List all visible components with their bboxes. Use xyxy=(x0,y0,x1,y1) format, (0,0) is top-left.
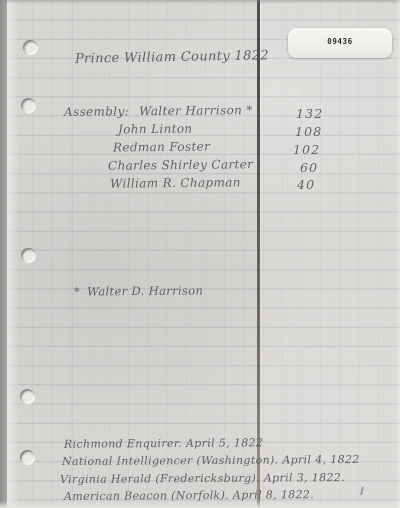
candidate-name: Charles Shirley Carter xyxy=(108,157,253,173)
vote-count: 102 xyxy=(293,142,320,157)
punch-hole xyxy=(21,98,36,113)
footnote-asterisk: * xyxy=(74,285,80,299)
candidate-name: John Linton xyxy=(118,122,193,137)
source-citation: National Intelligencer (Washington). Apr… xyxy=(62,453,360,468)
assembly-heading: Assembly: xyxy=(64,104,129,119)
margin-rule xyxy=(72,0,73,508)
archive-label-number: 09436 xyxy=(327,37,353,46)
source-citation: American Beacon (Norfolk). April 8, 1822… xyxy=(64,488,314,503)
punch-hole xyxy=(23,40,38,55)
source-citation: Richmond Enquirer. April 5, 1822 xyxy=(64,436,263,450)
footnote-text: Walter D. Harrison xyxy=(87,283,203,298)
punch-hole xyxy=(21,248,36,263)
vote-count: 60 xyxy=(300,160,318,175)
footnote: *Walter D. Harrison xyxy=(74,283,203,298)
archive-label-sticker: 09436 xyxy=(288,28,392,58)
vote-count: 40 xyxy=(297,177,315,192)
source-citation: Virginia Herald (Fredericksburg). April … xyxy=(60,471,345,486)
paper-edge-left xyxy=(7,0,19,508)
page-title: Prince William County 1822 xyxy=(75,48,269,66)
scan-edge-left xyxy=(0,0,7,508)
vote-count: 132 xyxy=(296,106,323,121)
punch-hole xyxy=(20,450,35,465)
page-crease xyxy=(257,0,260,508)
punch-hole xyxy=(20,389,35,404)
candidate-name: Redman Foster xyxy=(113,139,210,154)
candidate-name: Walter Harrison * xyxy=(139,103,253,118)
page-right-shading xyxy=(261,0,400,508)
scanned-document-page: 09436 Prince William County 1822 Assembl… xyxy=(0,0,400,508)
candidate-name: William R. Chapman xyxy=(110,175,241,190)
tally-row: Assembly: Walter Harrison * xyxy=(64,103,253,119)
vote-count: 108 xyxy=(295,124,322,139)
